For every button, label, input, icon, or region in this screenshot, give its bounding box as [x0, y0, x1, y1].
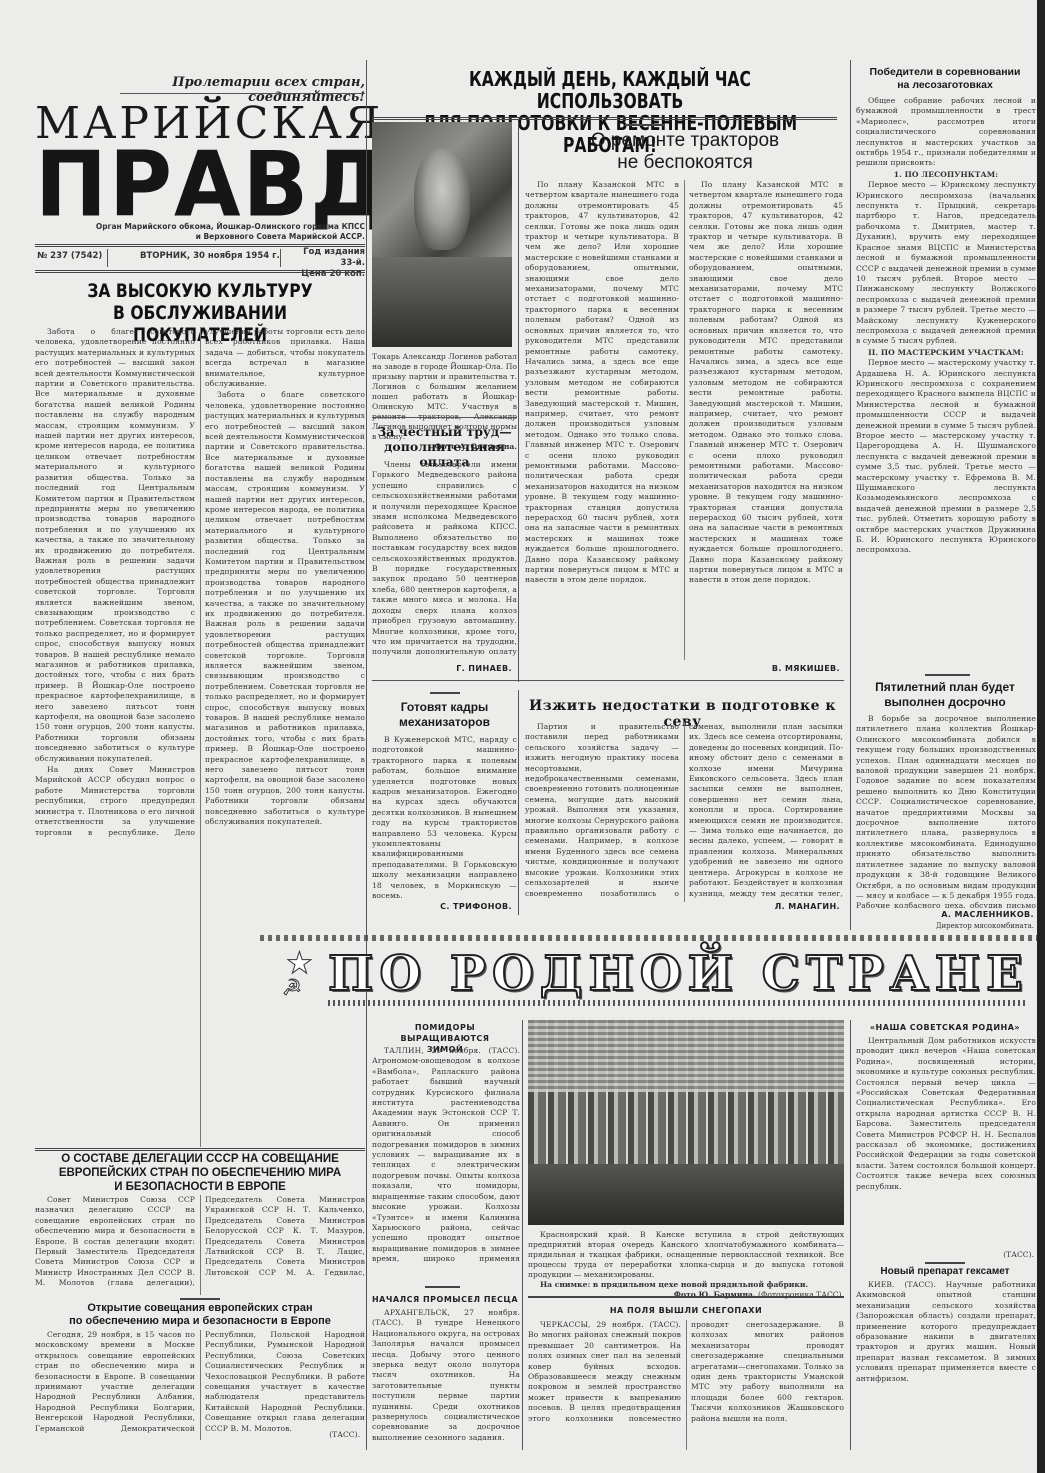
winners-headline: Победители в соревновании на лесозаготов…	[852, 66, 1038, 92]
sealing-body: АРХАНГЕЛЬСК, 27 ноября. (ТАСС). В тундре…	[372, 1308, 520, 1448]
photo-turner	[372, 122, 512, 347]
winners-headline-line2: на лесозаготовках	[852, 79, 1038, 92]
factory-caption-credit-line: Фото Ю. Бармина. (Фотохроника ТАСС).	[528, 1290, 844, 1300]
column-rule	[850, 1020, 851, 1450]
rule	[528, 1296, 844, 1298]
factory-caption-text: Красноярский край. В Канске вступила в с…	[528, 1230, 844, 1280]
photo-factory-ceiling	[528, 1020, 844, 1092]
five-year-plan-headline: Пятилетний план будет выполнен досрочно	[852, 680, 1038, 710]
culture-article-text-filler: Забота о благе советского человека, удов…	[205, 390, 365, 827]
column-rule	[366, 1010, 367, 1450]
small-rule	[180, 1298, 220, 1300]
tractors-article-body: По плану Казанской МТС в четвертом кварт…	[525, 180, 843, 660]
factory-caption-note: На снимке: в прядильном цехе новой пряди…	[528, 1280, 844, 1290]
rule	[372, 680, 844, 681]
five-year-plan-headline-line2: выполнен досрочно	[852, 695, 1038, 710]
conference-body: Сегодня, 29 ноября, в 15 часов по москов…	[35, 1330, 365, 1440]
hexamet-body: КИЕВ. (ТАСС). Научные работники Акимовск…	[856, 1280, 1036, 1450]
conference-headline-line2: по обеспечению мира и безопасности в Евр…	[35, 1315, 365, 1328]
seeding-byline: Л. МАНАГИН.	[690, 902, 840, 911]
hexamet-headline: Новый препарат гексамет	[852, 1266, 1038, 1277]
five-year-plan-byline-role: Директор мясокомбината.	[856, 921, 1034, 931]
masthead-organ: Орган Марийского обкома, Йошкар-Олинског…	[80, 222, 365, 242]
cadres-headline: Готовят кадры механизаторов	[372, 700, 517, 730]
delegation-body: Совет Министров Союза ССР назначил делег…	[35, 1195, 365, 1295]
column-rule	[850, 60, 851, 930]
cadres-body: В Куженерской МТС, наряду с подготовкой …	[372, 735, 517, 901]
delegation-headline-line1: О СОСТАВЕ ДЕЛЕГАЦИИ СССР НА СОВЕЩАНИЕ	[35, 1152, 365, 1166]
winners-section2-title: II. ПО МАСТЕРСКИМ УЧАСТКАМ:	[856, 348, 1036, 358]
hammer-sickle-icon: ☭	[282, 976, 302, 1001]
sealing-text: АРХАНГЕЛЬСК, 27 ноября. (ТАСС). В тундре…	[372, 1308, 520, 1443]
issue-date: ВТОРНИК, 30 ноября 1954 г.	[140, 251, 280, 261]
cadres-headline-line2: механизаторов	[372, 715, 517, 730]
column-rule	[518, 122, 519, 682]
snowplows-headline: НА ПОЛЯ ВЫШЛИ СНЕГОПАХИ	[528, 1306, 844, 1315]
cadres-headline-line1: Готовят кадры	[372, 700, 517, 715]
delegation-headline-line2: ЕВРОПЕЙСКИХ СТРАН ПО ОБЕСПЕЧЕНИЮ МИРА	[35, 1166, 365, 1180]
column-rule	[522, 1020, 523, 1450]
top-banner-line1: КАЖДЫЙ ДЕНЬ, КАЖДЫЙ ЧАС ИСПОЛЬЗОВАТЬ	[415, 68, 805, 112]
snowplows-text: ЧЕРКАССЫ, 29 ноября. (ТАСС). Во многих р…	[528, 1320, 844, 1425]
snowplows-body: ЧЕРКАССЫ, 29 ноября. (ТАСС). Во многих р…	[528, 1320, 844, 1450]
conference-text: Сегодня, 29 ноября, в 15 часов по москов…	[35, 1330, 365, 1435]
rule	[372, 417, 517, 418]
five-year-plan-headline-line1: Пятилетний план будет	[852, 680, 1038, 695]
rule	[35, 1148, 365, 1151]
tractors-headline-line2: не беспокоятся	[520, 152, 850, 174]
winners-intro: Общее собрание рабочих лесной и бумажной…	[856, 96, 1036, 169]
winners-section1-title: 1. ПО ЛЕСОПУНКТАМ:	[856, 170, 1036, 180]
banner-hatching	[328, 1000, 1028, 1006]
masthead-title-line2: ПРАВДА	[35, 138, 365, 233]
infobar-divider	[107, 249, 108, 267]
column-rule	[518, 690, 519, 915]
our-homeland-text: Центральный Дом работников искусств пров…	[856, 1036, 1036, 1192]
infobar-divider	[280, 249, 281, 267]
masthead-rule-bottom	[35, 270, 365, 273]
tomatoes-body: ТАЛЛИН, 29 ноября. (ТАСС). Агрономом-ово…	[372, 1046, 520, 1264]
small-rule	[625, 124, 665, 126]
five-year-plan-body: В борьбе за досрочное выполнение пятилет…	[856, 714, 1036, 908]
rodina-banner-title: ПО РОДНОЙ СТРАНЕ	[328, 946, 1028, 1002]
conference-headline: Открытие совещания европейских стран по …	[35, 1302, 365, 1328]
five-year-plan-text: В борьбе за досрочное выполнение пятилет…	[856, 714, 1036, 908]
five-year-plan-byline: А. МАСЛЕННИКОВ.	[856, 910, 1034, 919]
conference-source: (ТАСС).	[285, 1430, 360, 1440]
seeding-body: Партия и правительство поставили перед р…	[525, 722, 843, 902]
our-homeland-headline: «НАША СОВЕТСКАЯ РОДИНА»	[852, 1023, 1038, 1032]
tractors-headline-line1: О ремонте тракторов	[520, 130, 850, 152]
photo-machine	[372, 257, 512, 347]
photo-figure	[414, 149, 470, 250]
seeding-text: Партия и правительство поставили перед р…	[525, 722, 843, 902]
scan-edge	[1037, 0, 1045, 1473]
small-rule	[925, 1262, 965, 1264]
column-rule	[366, 60, 367, 1060]
winners-body: Общее собрание рабочих лесной и бумажной…	[856, 96, 1036, 646]
winners-headline-line1: Победители в соревновании	[852, 66, 1038, 79]
small-rule	[430, 692, 460, 694]
culture-article-text: Забота о благе советского человека, удов…	[35, 327, 195, 764]
tomatoes-headline-line1: ПОМИДОРЫ ВЫРАЩИВАЮТСЯ	[370, 1022, 520, 1044]
tomatoes-text: ТАЛЛИН, 29 ноября. (ТАСС). Агрономом-ово…	[372, 1046, 520, 1264]
photo-factory	[528, 1020, 844, 1225]
winners-section2-text: Первое место — мастерскому участку т. Ар…	[856, 358, 1036, 556]
tractors-byline: В. МЯКИШЕВ.	[690, 664, 840, 673]
issue-number: № 237 (7542)	[37, 251, 102, 261]
winners-section1-text: Первое место — Юринскому леспункту Юринс…	[856, 180, 1036, 347]
our-homeland-source: (ТАСС).	[856, 1250, 1034, 1260]
honest-labor-headline-line1: За честный труд—	[372, 424, 517, 439]
cadres-byline: С. ТРИФОНОВ.	[372, 902, 512, 911]
banner-rule	[372, 117, 837, 120]
tractors-article-text-filler: По плану Казанской МТС в четвертом кварт…	[689, 180, 843, 586]
factory-caption: Красноярский край. В Канске вступила в с…	[528, 1230, 844, 1300]
organ-line2: и Верховного Совета Марийской АССР.	[80, 232, 365, 242]
slogan-rule	[120, 93, 365, 94]
culture-article-body: Забота о благе советского человека, удов…	[35, 327, 365, 1147]
tractors-headline: О ремонте тракторов не беспокоятся	[520, 130, 850, 174]
cadres-text: В Куженерской МТС, наряду с подготовкой …	[372, 735, 517, 901]
newspaper-page: Пролетарии всех стран, соединяйтесь! МАР…	[0, 0, 1045, 1473]
rodina-banner: ★ ☭ ПО РОДНОЙ СТРАНЕ	[268, 940, 1040, 1012]
organ-line1: Орган Марийского обкома, Йошкар-Олинског…	[80, 222, 365, 232]
publication-info: Год издания 33-й. Цена 20 коп.	[285, 247, 365, 280]
photo-factory-floor	[528, 1164, 844, 1226]
conference-headline-line1: Открытие совещания европейских стран	[35, 1302, 365, 1315]
honest-labor-text: Члены сельхозартели имени Горького Медве…	[372, 460, 517, 660]
delegation-text: Совет Министров Союза ССР назначил делег…	[35, 1195, 365, 1295]
culture-headline-line1: ЗА ВЫСОКУЮ КУЛЬТУРУ	[65, 280, 336, 302]
our-homeland-body: Центральный Дом работников искусств пров…	[856, 1036, 1036, 1250]
small-rule	[925, 674, 970, 676]
delegation-headline-line3: И БЕЗОПАСНОСТИ В ЕВРОПЕ	[35, 1180, 365, 1194]
small-rule	[425, 1286, 460, 1288]
honest-labor-byline: Г. ПИНАЕВ.	[372, 664, 512, 673]
tractors-article-text: По плану Казанской МТС в четвертом кварт…	[525, 180, 679, 586]
hexamet-text: КИЕВ. (ТАСС). Научные работники Акимовск…	[856, 1280, 1036, 1384]
delegation-headline: О СОСТАВЕ ДЕЛЕГАЦИИ СССР НА СОВЕЩАНИЕ ЕВ…	[35, 1152, 365, 1194]
honest-labor-body: Члены сельхозартели имени Горького Медве…	[372, 460, 517, 660]
sealing-headline: НАЧАЛСЯ ПРОМЫСЕЛ ПЕСЦА	[370, 1295, 520, 1304]
year-of-publication: Год издания 33-й.	[285, 247, 365, 269]
